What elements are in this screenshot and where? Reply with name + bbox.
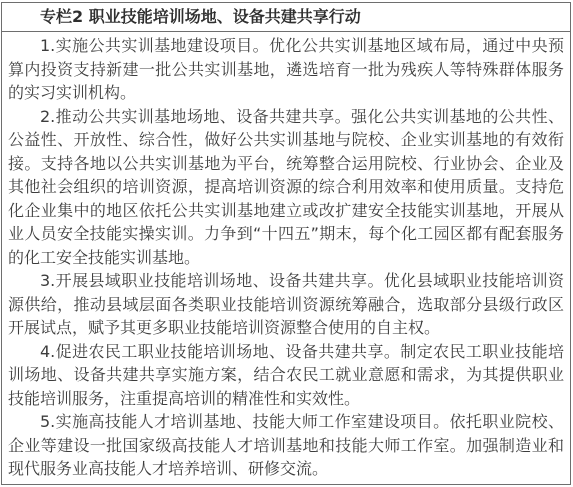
document-page: 专栏2 职业技能培训场地、设备共建共享行动 1.实施公共实训基地建设项目。优化公… xyxy=(0,0,573,487)
panel-body: 1.实施公共实训基地建设项目。优化公共实训基地区域布局，通过中央预算内投资支持新… xyxy=(2,32,570,481)
paragraph-high-skill-talent-project: 5.实施高技能人才培训基地、技能大师工作室建设项目。依托职业院校、企业等建设一批… xyxy=(8,410,564,481)
panel-title: 专栏2 职业技能培训场地、设备共建共享行动 xyxy=(2,3,570,32)
paragraph-public-training-base-sharing: 2.推动公共实训基地场地、设备共建共享。强化公共实训基地的公共性、公益性、开放性… xyxy=(8,105,564,270)
column-panel: 专栏2 职业技能培训场地、设备共建共享行动 1.实施公共实训基地建设项目。优化公… xyxy=(1,2,571,485)
paragraph-county-level-sharing: 3.开展县域职业技能培训场地、设备共建共享。优化县域职业技能培训资源供给，推动县… xyxy=(8,269,564,340)
paragraph-public-training-base-project: 1.实施公共实训基地建设项目。优化公共实训基地区域布局，通过中央预算内投资支持新… xyxy=(8,34,564,105)
paragraph-migrant-worker-sharing: 4.促进农民工职业技能培训场地、设备共建共享。制定农民工职业技能培训场地、设备共… xyxy=(8,340,564,411)
